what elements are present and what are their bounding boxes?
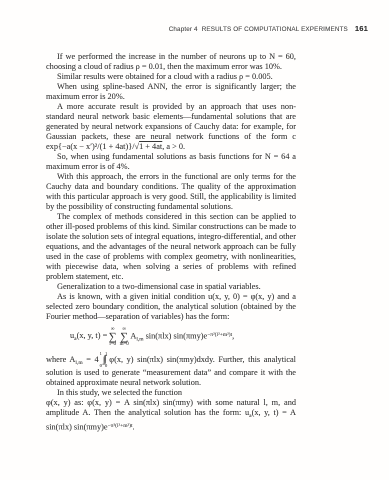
page-number: 161 [355, 24, 368, 33]
formula-rhs: Al,m sin(πlx) sin(πmy)e−π²(l²+m²)t, [130, 330, 234, 345]
paragraph-basis-functions: So, when using fundamental solutions as … [46, 152, 296, 172]
paragraph-approach-errors: With this approach, the errors in the fu… [46, 172, 296, 212]
paragraph-spline-ann: When using spline-based ANN, the error i… [46, 82, 296, 102]
paragraph-text: = 4 [83, 355, 99, 364]
paragraph-generalization-heading: Generalization to a two-dimensional case… [46, 282, 296, 292]
chapter-title: RESULTS OF COMPUTATIONAL EXPERIMENTS [202, 26, 348, 33]
double-integral: 1 1∫∫0 0 [100, 352, 109, 368]
formula-text: , [232, 331, 234, 340]
equation-fourier-series: ua(x, y, t) = ∞ ∑ l=0 ∞ ∑ m=0 Al,m sin(π… [70, 327, 296, 347]
sum-lower-limit: m=0 [120, 342, 129, 347]
paragraph-selected-function: In this study, we selected the functionφ… [46, 388, 296, 433]
formula-subscript: l,m [136, 336, 143, 342]
paragraph-fundamental-solutions: A more accurate result is provided by an… [46, 102, 296, 152]
sum-lower-limit: l=0 [109, 342, 116, 347]
sum-symbol: ∑ [120, 332, 128, 342]
formula-lhs: ua(x, y, t) = [70, 331, 107, 344]
paragraph-text: In this study, we selected the function [57, 388, 182, 397]
formula-text: (x, y, t) = [77, 331, 108, 340]
book-page: Chapter 4RESULTS OF COMPUTATIONAL EXPERI… [0, 0, 389, 480]
paragraph-neurons-increase: If we performed the increase in the numb… [46, 52, 296, 72]
page-body: If we performed the increase in the numb… [46, 52, 296, 433]
chapter-label: Chapter 4 [169, 26, 198, 33]
summation-m: ∞ ∑ m=0 [120, 327, 129, 347]
paragraph-complex-methods: The complex of methods considered in thi… [46, 212, 296, 282]
formula-text: sin(πlx) sin(πmy)e [144, 331, 208, 340]
summation-l: ∞ ∑ l=0 [109, 327, 117, 347]
paragraph-initial-condition: As is known, with a given initial condit… [46, 292, 296, 322]
paragraph-text: . [133, 423, 135, 432]
formula-subscript: l,m [75, 360, 82, 366]
sum-symbol: ∑ [109, 332, 117, 342]
paragraph-text: , a > 0. [162, 142, 185, 151]
paragraph-similar-results: Similar results were obtained for a clou… [46, 72, 296, 82]
paragraph-coefficients: where Al,m = 41 1∫∫0 0φ(x, y) sin(πlx) s… [46, 352, 296, 388]
sqrt-radicand: 1 + 4at [139, 142, 162, 151]
formula-exponent: −π²(l²+m²)t [207, 332, 232, 338]
paragraph-text: where A [46, 355, 75, 364]
formula-exponent: −π²(l²+m²)t [108, 423, 133, 429]
running-head: Chapter 4RESULTS OF COMPUTATIONAL EXPERI… [169, 24, 368, 33]
